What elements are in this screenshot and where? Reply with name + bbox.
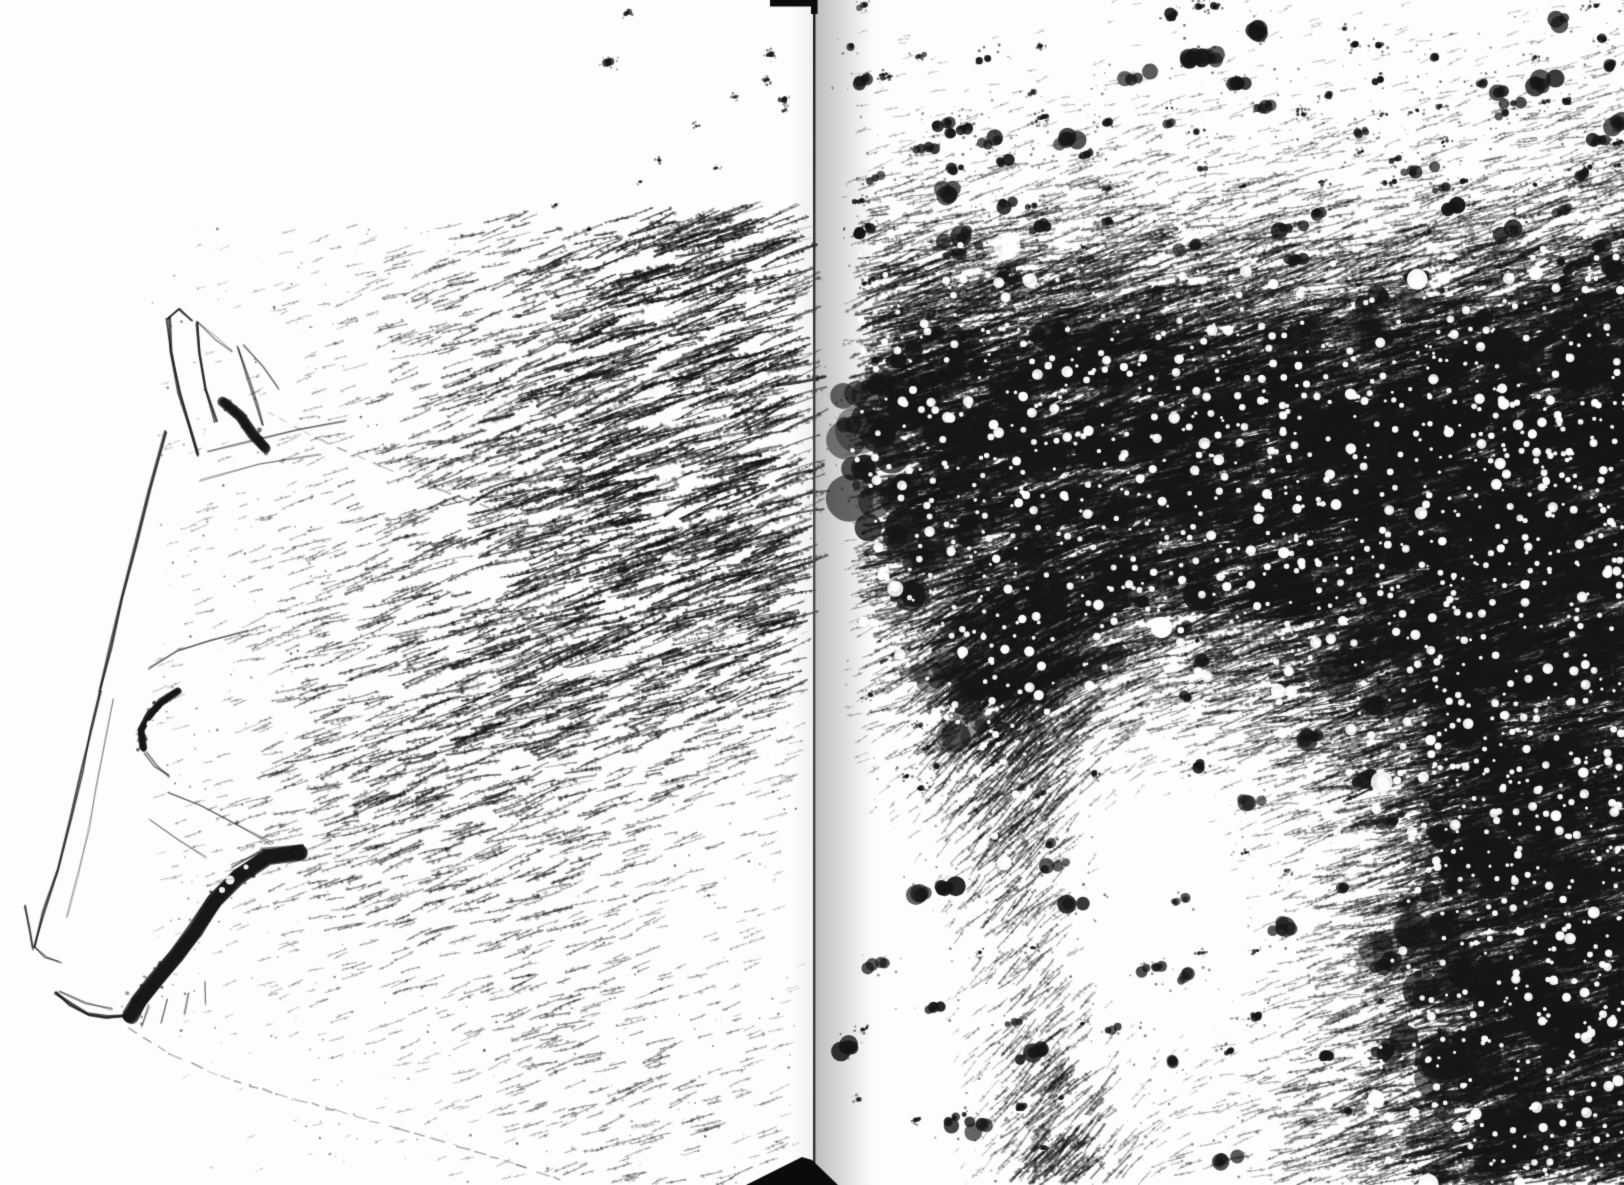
wolf-blizzard-spread-artwork [0,0,1624,1185]
book-spread [0,0,1624,1185]
